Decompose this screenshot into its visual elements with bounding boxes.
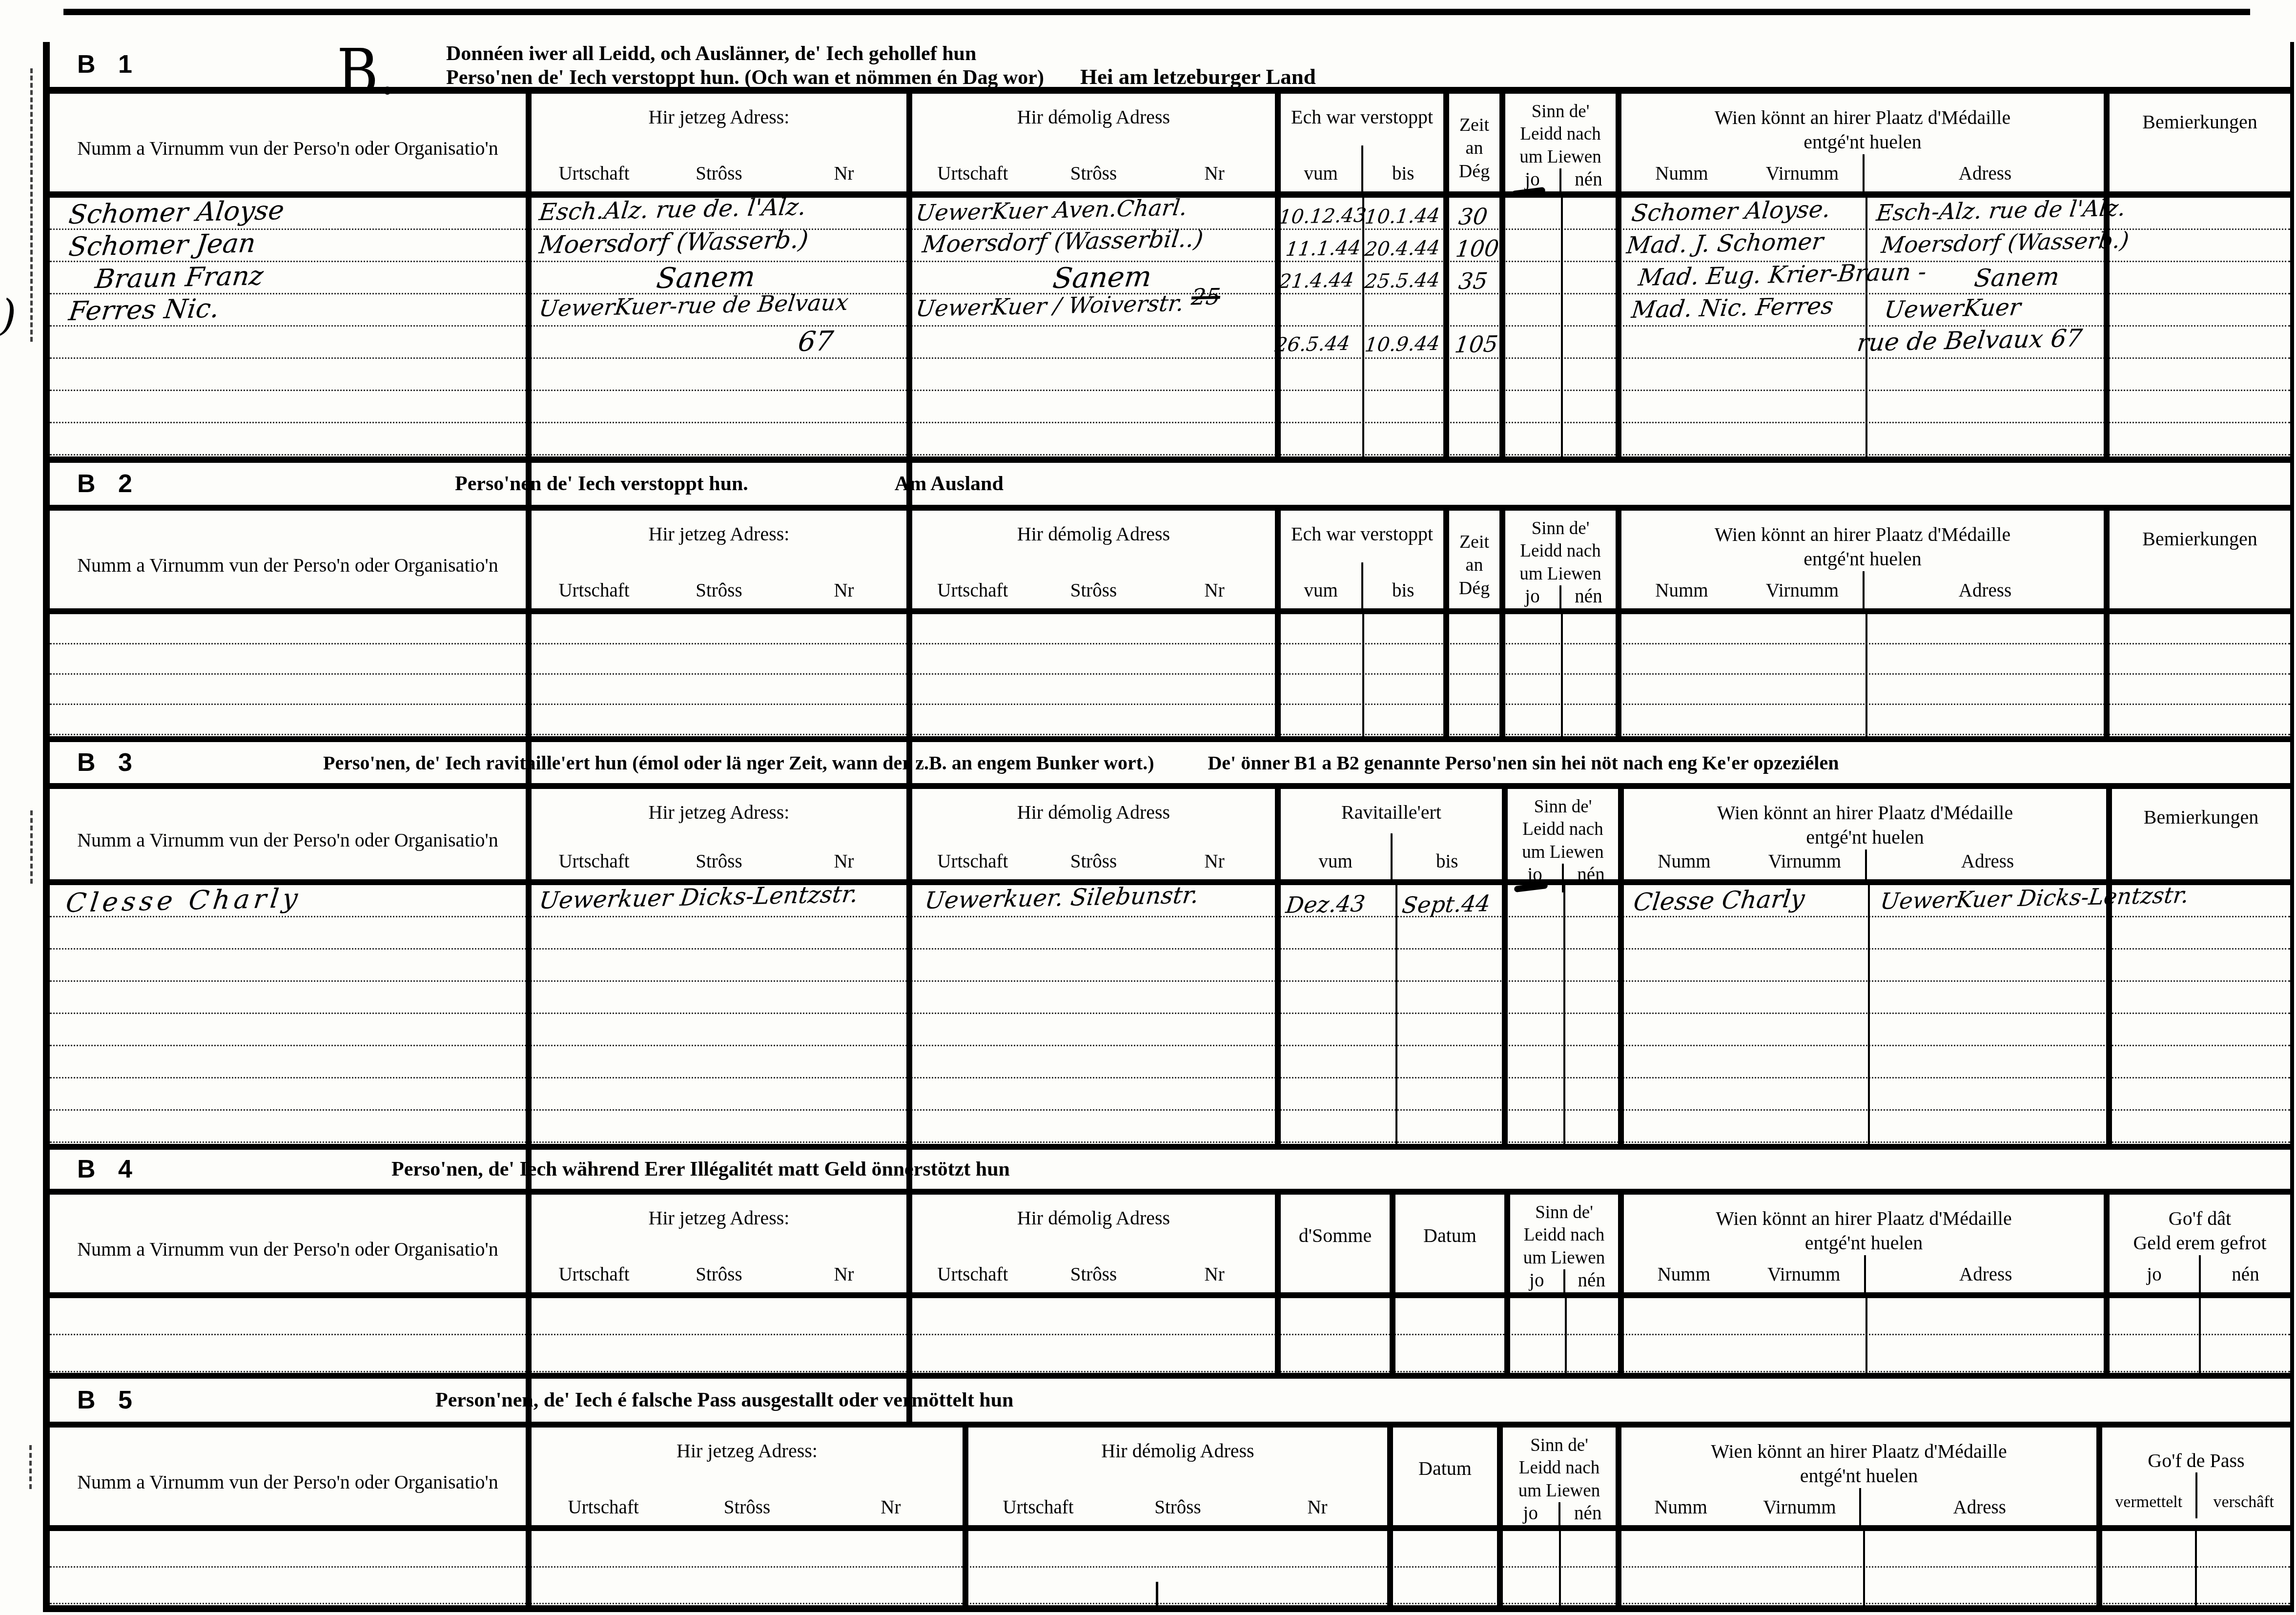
nr-label: Nr	[781, 1246, 906, 1292]
column-line	[1563, 885, 1565, 1144]
handwritten-entry: Schomer Jean	[67, 230, 257, 260]
dotted-row	[50, 982, 2290, 1014]
numm-label: Numm	[1621, 154, 1742, 191]
col-header-medal-recipient: Wien könnt an hirer Plaatz d'Médailleent…	[1621, 94, 2110, 191]
stross-label: Strôss	[675, 1479, 819, 1525]
nr-label: Nr	[1154, 145, 1275, 191]
bis-label: bis	[1361, 145, 1444, 191]
address-sublabels: UrtschaftStrôssNr	[532, 1479, 963, 1525]
handwritten-entry: Ferres Nic.	[67, 295, 221, 325]
handwritten-entry: 35	[1457, 269, 1489, 292]
jo-label: jo	[1503, 1502, 1558, 1531]
address-sublabels: UrtschaftStrôssNr	[532, 833, 906, 879]
handwritten-entry: UewerKuer / Woiverstr. 25	[915, 291, 1221, 320]
column-line	[1275, 1298, 1281, 1373]
stross-label: Strôss	[656, 1246, 781, 1292]
alive-sublabels: jonén	[1505, 585, 1616, 614]
nr-label: Nr	[781, 833, 906, 879]
stross-label: Strôss	[1033, 145, 1154, 191]
adress-label: Adress	[1859, 1488, 2099, 1525]
nen-label: nén	[1558, 1502, 1616, 1531]
scan-top-line	[63, 9, 2250, 15]
handwritten-entry: 20.4.44	[1364, 238, 1441, 259]
col-header-name: Numm a Virnumm vun der Perso'n oder Orga…	[50, 94, 532, 191]
col-header-medal-recipient: Wien könnt an hirer Plaatz d'Médailleent…	[1624, 1195, 2110, 1292]
section-b3-title-band: B 3 Perso'nen, de' Iech ravitaille'ert h…	[50, 742, 2290, 789]
column-line	[1616, 614, 1621, 736]
nen-label: nén	[1563, 1269, 1619, 1298]
handwritten-entry: 25.5.44	[1364, 270, 1441, 291]
column-line	[1618, 885, 1624, 1144]
column-line	[1362, 614, 1364, 736]
col-header-former-address: Hir démolig Adress UrtschaftStrôssNr	[912, 789, 1281, 879]
column-line	[526, 614, 532, 736]
column-line	[1561, 198, 1563, 456]
col-header-money-returned: Go'f dâtGeld erem gefrot jonén	[2110, 1195, 2290, 1292]
gof-pass-label: Go'f de Pass	[2102, 1444, 2290, 1472]
name-col-label: Numm a Virnumm vun der Perso'n oder Orga…	[50, 817, 526, 852]
sinn-label: Sinn de'Leidd nachum Liewen	[1505, 511, 1616, 585]
col-header-still-alive: Sinn de'Leidd nachum Liewen jonén	[1508, 789, 1624, 879]
wien-label: Wien könnt an hirer Plaatz d'Médailleent…	[1624, 1195, 2104, 1255]
virnumm-label: Virnumm	[1742, 154, 1863, 191]
handwritten-entry: 30	[1457, 205, 1489, 228]
dotted-row	[50, 917, 2290, 950]
dotted-row	[50, 1568, 2290, 1604]
nr-label: Nr	[1154, 833, 1275, 879]
column-line	[963, 1531, 968, 1605]
alive-sublabels: jonén	[1505, 168, 1616, 197]
col-header-remarks: Bemierkungen	[2110, 511, 2290, 608]
handwritten-entry: Moersdorf (Wasserb.)	[1880, 228, 2130, 256]
numm-label: Numm	[1621, 571, 1742, 608]
handwritten-entry: 10.9.44	[1364, 334, 1441, 355]
bem-label: Bemierkungen	[2110, 527, 2290, 550]
section-label-b4: B 4	[77, 1155, 140, 1184]
urtschaft-label: Urtschaft	[532, 145, 656, 191]
handwritten-entry: Uewerkuer. Silebunstr.	[923, 883, 1200, 912]
period-sublabels: vumbis	[1281, 562, 1443, 608]
vum-label: vum	[1281, 833, 1391, 879]
nr-label: Nr	[819, 1479, 963, 1525]
b1-title-bold: Hei am letzeburger Land	[1080, 64, 1316, 89]
address-sublabels: UrtschaftStrôssNr	[532, 145, 906, 191]
sinn-label: Sinn de'Leidd nachum Liewen	[1503, 1428, 1616, 1502]
datum-label: Datum	[1395, 1224, 1504, 1247]
stross-label: Strôss	[656, 145, 781, 191]
zeit-label: ZeitanDég	[1449, 102, 1499, 184]
nr-label: Nr	[781, 145, 906, 191]
col-header-medal-recipient: Wien könnt an hirer Plaatz d'Médailleent…	[1621, 511, 2110, 608]
verstoppt-label: Ech war verstoppt	[1281, 511, 1443, 546]
column-line	[1275, 198, 1281, 456]
jetzeg-label: Hir jetzeg Adress:	[532, 1195, 906, 1230]
col-header-still-alive: Sinn de'Leidd nachum Liewen jonén	[1503, 1428, 1621, 1525]
handwritten-entry: Esch-Alz. rue de l'Alz.	[1875, 196, 2127, 224]
column-line	[1565, 1298, 1567, 1373]
margin-dashes	[29, 1445, 32, 1489]
column-line	[1865, 1298, 1867, 1373]
handwritten-entry: Uewerkuer Dicks-Lentzstr.	[538, 882, 860, 912]
urtschaft-label: Urtschaft	[912, 1246, 1033, 1292]
handwritten-entry: Sanem	[1051, 262, 1153, 292]
handwritten-entry: UewerKuer Aven.Charl.	[915, 196, 1189, 224]
address-sublabels: UrtschaftStrôssNr	[968, 1479, 1387, 1525]
dotted-row	[50, 614, 2290, 644]
wien-label: Wien könnt an hirer Plaatz d'Médailleent…	[1624, 789, 2106, 849]
nen-label: nén	[1559, 585, 1616, 614]
stross-label: Strôss	[1033, 562, 1154, 608]
col-header-current-address: Hir jetzeg Adress: UrtschaftStrôssNr	[532, 511, 912, 608]
sinn-label: Sinn de'Leidd nachum Liewen	[1508, 789, 1618, 864]
column-line	[1865, 614, 1867, 736]
b3-data-grid: Clesse Charly Uewerkuer Dicks-Lentzstr. …	[50, 885, 2290, 1150]
b1-title-line2: Perso'nen de' Iech verstoppt hun. (Och w…	[446, 65, 1316, 89]
column-line	[526, 885, 532, 1144]
dotted-row	[50, 705, 2290, 735]
b2-title: Perso'nen de' Iech verstoppt hun.Am Ausl…	[455, 472, 1004, 496]
section-label-b5: B 5	[77, 1386, 140, 1415]
demolig-label: Hir démolig Adress	[912, 94, 1275, 129]
column-line	[1395, 885, 1397, 1144]
stross-label: Strôss	[656, 833, 781, 879]
gof-dat-label: Go'f dâtGeld erem gefrot	[2110, 1195, 2290, 1255]
adress-label: Adress	[1863, 571, 2106, 608]
wien-label: Wien könnt an hirer Plaatz d'Médailleent…	[1621, 94, 2104, 154]
jo-label: jo	[2110, 1255, 2199, 1292]
col-header-date: Datum	[1395, 1195, 1510, 1292]
form-table: B 1 B. Donnéen iwer all Leidd, och Auslä…	[43, 42, 2294, 1612]
column-line	[906, 885, 912, 1144]
col-header-pass-given: Go'f de Pass vermetteltverschâft	[2102, 1428, 2290, 1525]
handwritten-entry: Mad. J. Schomer	[1625, 230, 1824, 257]
col-header-former-address: Hir démolig Adress UrtschaftStrôssNr	[912, 511, 1281, 608]
nr-label: Nr	[1154, 562, 1275, 608]
sinn-label: Sinn de'Leidd nachum Liewen	[1510, 1195, 1618, 1269]
col-header-medal-recipient: Wien könnt an hirer Plaatz d'Médailleent…	[1621, 1428, 2102, 1525]
column-line	[1502, 885, 1508, 1144]
col-header-still-alive: Sinn de'Leidd nachum Liewen jonén	[1505, 94, 1621, 191]
datum-label: Datum	[1393, 1457, 1497, 1480]
jo-label: jo	[1505, 585, 1559, 614]
handwritten-entry: Sanem	[1973, 264, 2061, 290]
adress-label: Adress	[1865, 849, 2108, 879]
column-line	[2096, 1531, 2102, 1605]
col-header-date: Datum	[1393, 1428, 1503, 1525]
recipient-sublabels: NummVirnummAdress	[1621, 154, 2104, 191]
zeit-label: ZeitanDég	[1449, 519, 1499, 600]
b4-title-text: Perso'nen, de' Iech während Erer Illégal…	[391, 1158, 1010, 1180]
dotted-row	[50, 644, 2290, 675]
address-sublabels: UrtschaftStrôssNr	[912, 1246, 1275, 1292]
address-sublabels: UrtschaftStrôssNr	[532, 562, 906, 608]
demolig-label: Hir démolig Adress	[912, 789, 1275, 824]
column-line	[1561, 614, 1563, 736]
dotted-row	[50, 1078, 2290, 1111]
demolig-label: Hir démolig Adress	[912, 511, 1275, 546]
handwritten-entry: 10.1.44	[1364, 206, 1441, 227]
section-label-b3: B 3	[77, 748, 140, 777]
bem-label: Bemierkungen	[2112, 806, 2290, 828]
dotted-row	[50, 359, 2290, 391]
recipient-sublabels: NummVirnummAdress	[1621, 571, 2104, 608]
col-header-medal-recipient: Wien könnt an hirer Plaatz d'Médailleent…	[1624, 789, 2112, 879]
urtschaft-label: Urtschaft	[532, 562, 656, 608]
urtschaft-label: Urtschaft	[532, 1479, 675, 1525]
section-label-b1: B 1	[77, 50, 140, 79]
b1-title-text: Donnéen iwer all Leidd, och Auslänner, d…	[446, 43, 1316, 89]
numm-label: Numm	[1621, 1488, 1740, 1525]
nr-label: Nr	[1248, 1479, 1387, 1525]
b3-title-text: Perso'nen, de' Iech ravitaille'ert hun (…	[323, 752, 1154, 774]
column-line	[2199, 1298, 2201, 1373]
ink-mark	[1512, 187, 1546, 197]
b2-title-text: Perso'nen de' Iech verstoppt hun.	[455, 473, 748, 495]
col-header-former-address: Hir démolig Adress UrtschaftStrôssNr	[912, 1195, 1281, 1292]
binding-mark-paren: )	[0, 291, 17, 340]
returned-sublabels: jonén	[2110, 1255, 2290, 1292]
column-line	[906, 1298, 912, 1373]
urtschaft-label: Urtschaft	[912, 562, 1033, 608]
handwritten-entry: Clesse Charly	[64, 885, 303, 916]
column-line	[1362, 198, 1364, 456]
stross-label: Strôss	[656, 562, 781, 608]
column-line	[906, 198, 912, 456]
handwritten-entry: 10.12.43	[1278, 206, 1367, 227]
col-header-name: Numm a Virnumm vun der Perso'n oder Orga…	[50, 1195, 532, 1292]
adress-label: Adress	[1863, 154, 2106, 191]
name-col-label: Numm a Virnumm vun der Perso'n oder Orga…	[50, 1459, 526, 1494]
period-sublabels: vumbis	[1281, 833, 1502, 879]
col-header-still-alive: Sinn de'Leidd nachum Liewen jonén	[1510, 1195, 1624, 1292]
virnumm-label: Virnumm	[1744, 1255, 1864, 1292]
wien-label: Wien könnt an hirer Plaatz d'Médailleent…	[1621, 1428, 2096, 1488]
handwritten-entry: Dez.43	[1285, 892, 1366, 916]
column-line	[1504, 1298, 1510, 1373]
column-line	[1863, 1531, 1865, 1605]
jetzeg-label: Hir jetzeg Adress:	[532, 1428, 963, 1463]
urtschaft-label: Urtschaft	[912, 145, 1033, 191]
column-line	[2104, 614, 2110, 736]
b5-title-text: Person'nen, de' Iech é falsche Pass ausg…	[435, 1389, 1013, 1411]
section-label-b2: B 2	[77, 469, 140, 498]
handwritten-entry: UewerKuer Dicks-Lentzstr.	[1879, 884, 2190, 912]
section-b1-title-band: B 1 B. Donnéen iwer all Leidd, och Auslä…	[50, 42, 2290, 94]
column-line	[1868, 885, 1870, 1144]
address-sublabels: UrtschaftStrôssNr	[912, 833, 1275, 879]
scanned-form-page: ) B 1 B. Donnéen iwer all Leidd, och Aus…	[0, 0, 2296, 1615]
handwritten-entry: 11.1.44	[1285, 238, 1362, 259]
dotted-row	[50, 423, 2290, 456]
col-header-still-alive: Sinn de'Leidd nachum Liewen jonén	[1505, 511, 1621, 608]
column-line	[2104, 1298, 2110, 1373]
b1-title-line1: Donnéen iwer all Leidd, och Auslänner, d…	[446, 43, 1316, 65]
urtschaft-label: Urtschaft	[912, 833, 1033, 879]
column-line	[1616, 198, 1621, 456]
address-sublabels: UrtschaftStrôssNr	[912, 145, 1275, 191]
jo-label: jo	[1505, 168, 1559, 197]
wien-label: Wien könnt an hirer Plaatz d'Médailleent…	[1621, 511, 2104, 571]
nr-label: Nr	[1154, 1246, 1275, 1292]
vum-label: vum	[1281, 562, 1361, 608]
col-header-supplied-period: Ravitaille'ert vumbis	[1281, 789, 1508, 879]
recipient-sublabels: NummVirnummAdress	[1624, 849, 2106, 879]
handwritten-entry: Mad. Eug. Krier-Braun -	[1637, 260, 1927, 290]
handwritten-entry: rue de Belvaux 67	[1856, 326, 2084, 355]
b2-header-band: Numm a Virnumm vun der Perso'n oder Orga…	[50, 511, 2290, 614]
dotted-row	[50, 675, 2290, 705]
margin-dashes	[30, 810, 33, 884]
handwritten-entry: Schomer Aloyse.	[1630, 198, 1832, 225]
column-line	[526, 198, 532, 456]
column-line	[1443, 614, 1449, 736]
verschaft-label: verschâft	[2195, 1472, 2291, 1518]
handwritten-entry: 105	[1454, 332, 1499, 356]
bis-label: bis	[1391, 833, 1502, 879]
col-header-hidden-period: Ech war verstoppt vumbis	[1281, 94, 1449, 191]
dsomme-label: d'Somme	[1281, 1224, 1390, 1247]
column-line	[1497, 1531, 1503, 1605]
name-col-label: Numm a Virnumm vun der Perso'n oder Orga…	[50, 1226, 526, 1261]
b2-title-ausland: Am Ausland	[895, 473, 1004, 495]
struck-number: 25	[1190, 285, 1222, 308]
alive-sublabels: jonén	[1503, 1502, 1616, 1531]
section-b2-title-band: B 2 Perso'nen de' Iech verstoppt hun.Am …	[50, 463, 2290, 511]
column-line	[1499, 198, 1505, 456]
col-header-amount: d'Somme	[1281, 1195, 1395, 1292]
b4-header-band: Numm a Virnumm vun der Perso'n oder Orga…	[50, 1195, 2290, 1298]
handwritten-entry: Mad. Nic. Ferres	[1630, 294, 1835, 322]
bem-label: Bemierkungen	[2110, 110, 2290, 133]
col-header-current-address: Hir jetzeg Adress: UrtschaftStrôssNr	[532, 94, 912, 191]
col-header-current-address: Hir jetzeg Adress: UrtschaftStrôssNr	[532, 1195, 912, 1292]
column-line	[1275, 614, 1281, 736]
dotted-row	[50, 391, 2290, 423]
b4-data-grid	[50, 1298, 2290, 1379]
handwritten-entry: 26.5.44	[1274, 334, 1351, 355]
handwritten-entry: 100	[1455, 237, 1500, 260]
col-header-remarks: Bemierkungen	[2110, 94, 2290, 191]
nen-label: nén	[2199, 1255, 2290, 1292]
address-sublabels: UrtschaftStrôssNr	[912, 562, 1275, 608]
column-line	[526, 1531, 532, 1605]
dotted-row	[50, 1531, 2290, 1568]
bis-label: bis	[1361, 562, 1444, 608]
column-line	[1616, 1531, 1621, 1605]
adress-label: Adress	[1864, 1255, 2106, 1292]
col-header-former-address: Hir démolig Adress UrtschaftStrôssNr	[912, 94, 1281, 191]
b2-data-grid	[50, 614, 2290, 742]
section-b5-title-band: B 5 Person'nen, de' Iech é falsche Pass …	[50, 1379, 2290, 1428]
b3-header-band: Numm a Virnumm vun der Perso'n oder Orga…	[50, 789, 2290, 885]
section-b4-title-band: B 4 Perso'nen, de' Iech während Erer Ill…	[50, 1150, 2290, 1195]
numm-label: Numm	[1624, 849, 1744, 879]
virnumm-label: Virnumm	[1742, 571, 1863, 608]
jetzeg-label: Hir jetzeg Adress:	[532, 511, 906, 546]
b1-title-line2-text: Perso'nen de' Iech verstoppt hun. (Och w…	[446, 66, 1044, 89]
urtschaft-label: Urtschaft	[532, 833, 656, 879]
handwritten-entry: Esch.Alz. rue de. l'Alz.	[538, 195, 807, 224]
margin-dashes	[30, 68, 33, 342]
column-line	[1275, 885, 1281, 1144]
col-header-remarks: Bemierkungen	[2112, 789, 2290, 879]
column-line	[1618, 1298, 1624, 1373]
pass-sublabels: vermetteltverschâft	[2102, 1472, 2290, 1518]
ravit-label: Ravitaille'ert	[1281, 789, 1502, 824]
col-header-name: Numm a Virnumm vun der Perso'n oder Orga…	[50, 511, 532, 608]
column-line	[2106, 885, 2112, 1144]
handwritten-entry: Clesse Charly	[1632, 887, 1806, 914]
handwritten-entry: 67	[797, 328, 835, 356]
col-header-hidden-period: Ech war verstoppt vumbis	[1281, 511, 1449, 608]
urtschaft-label: Urtschaft	[968, 1479, 1108, 1525]
name-col-label: Numm a Virnumm vun der Perso'n oder Orga…	[50, 125, 526, 160]
col-header-current-address: Hir jetzeg Adress: UrtschaftStrôssNr	[532, 789, 912, 879]
handwritten-entry: UewerKuer	[1883, 295, 2022, 322]
b5-header-band: Numm a Virnumm vun der Perso'n oder Orga…	[50, 1428, 2290, 1531]
b5-title: Person'nen, de' Iech é falsche Pass ausg…	[435, 1388, 1013, 1412]
alive-sublabels: jonén	[1510, 1269, 1618, 1298]
column-line	[526, 1298, 532, 1373]
b1-header-band: Numm a Virnumm vun der Perso'n oder Orga…	[50, 94, 2290, 198]
col-header-name: Numm a Virnumm vun der Perso'n oder Orga…	[50, 789, 532, 879]
stross-label: Strôss	[1033, 1246, 1154, 1292]
column-line	[1499, 614, 1505, 736]
column-line	[2195, 1531, 2197, 1605]
handwritten-entry: 21.4.44	[1278, 270, 1355, 291]
vermettelt-label: vermettelt	[2102, 1472, 2195, 1518]
urtschaft-label: Urtschaft	[532, 1246, 656, 1292]
column-line	[1559, 1531, 1561, 1605]
col-header-former-address: Hir démolig Adress UrtschaftStrôssNr	[968, 1428, 1393, 1525]
period-sublabels: vumbis	[1281, 145, 1443, 191]
dotted-row	[50, 950, 2290, 982]
jetzeg-label: Hir jetzeg Adress:	[532, 94, 906, 129]
b3-title-note: De' önner B1 a B2 genannte Perso'nen sin…	[1208, 752, 1839, 774]
column-line	[1443, 198, 1449, 456]
dotted-row	[50, 1298, 2290, 1335]
stross-label: Strôss	[1108, 1479, 1248, 1525]
numm-label: Numm	[1624, 1255, 1744, 1292]
handwritten-entry: Moersdorf (Wasserbil..)	[921, 227, 1205, 256]
col-header-current-address: Hir jetzeg Adress: UrtschaftStrôssNr	[532, 1428, 968, 1525]
handwritten-entry: Sanem	[655, 262, 757, 292]
handwritten-entry: Moersdorf (Wasserb.)	[538, 228, 810, 257]
col-header-days: ZeitanDég	[1449, 94, 1505, 191]
handwritten-entry: UewerKuer-rue de Belvaux	[538, 291, 850, 320]
name-col-label: Numm a Virnumm vun der Perso'n oder Orga…	[50, 542, 526, 577]
b1-data-grid: Schomer Aloyse Esch.Alz. rue de. l'Alz. …	[50, 198, 2290, 463]
column-line	[1390, 1298, 1395, 1373]
jo-label: jo	[1510, 1269, 1563, 1298]
col-header-name: Numm a Virnumm vun der Perso'n oder Orga…	[50, 1428, 532, 1525]
dotted-row	[50, 1335, 2290, 1372]
stross-label: Strôss	[1033, 833, 1154, 879]
sinn-label: Sinn de'Leidd nachum Liewen	[1505, 94, 1616, 168]
dotted-row	[50, 1014, 2290, 1046]
virnumm-label: Virnumm	[1740, 1488, 1859, 1525]
column-line	[1865, 198, 1867, 456]
demolig-label: Hir démolig Adress	[968, 1428, 1387, 1463]
recipient-sublabels: NummVirnummAdress	[1621, 1488, 2096, 1525]
recipient-sublabels: NummVirnummAdress	[1624, 1255, 2104, 1292]
b4-title: Perso'nen, de' Iech während Erer Illégal…	[391, 1158, 1010, 1181]
vum-label: vum	[1281, 145, 1361, 191]
column-line	[1387, 1531, 1393, 1605]
virnumm-label: Virnumm	[1744, 849, 1865, 879]
dotted-row	[50, 1111, 2290, 1143]
dotted-row	[50, 1046, 2290, 1078]
